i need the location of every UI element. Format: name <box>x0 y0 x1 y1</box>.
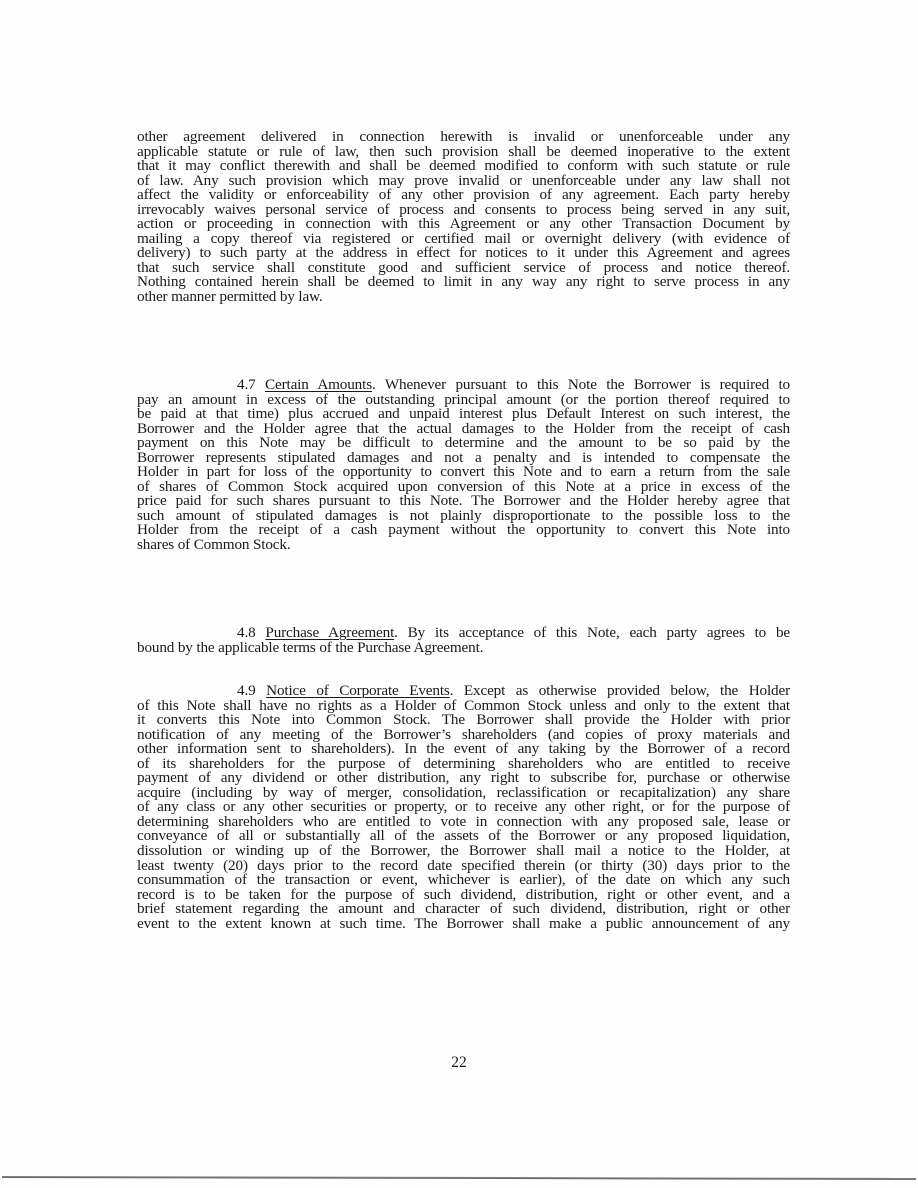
text-line: other manner permitted by law. <box>137 290 790 305</box>
paragraph-continuation: other agreement delivered in connection … <box>137 130 790 305</box>
section-4-9: 4.9 Notice of Corporate Events. Except a… <box>137 684 790 931</box>
section-4-8: 4.8 Purchase Agreement. By its acceptanc… <box>137 626 790 655</box>
text-line: bound by the applicable terms of the Pur… <box>137 641 790 656</box>
page-bottom-edge-line <box>2 1176 916 1180</box>
text-line: shares of Common Stock. <box>137 538 790 553</box>
section-4-7: 4.7 Certain Amounts. Whenever pursuant t… <box>137 378 790 553</box>
text-line: event to the extent known at such time. … <box>137 917 790 932</box>
document-page: other agreement delivered in connection … <box>0 0 918 1188</box>
page-number: 22 <box>0 1055 918 1071</box>
